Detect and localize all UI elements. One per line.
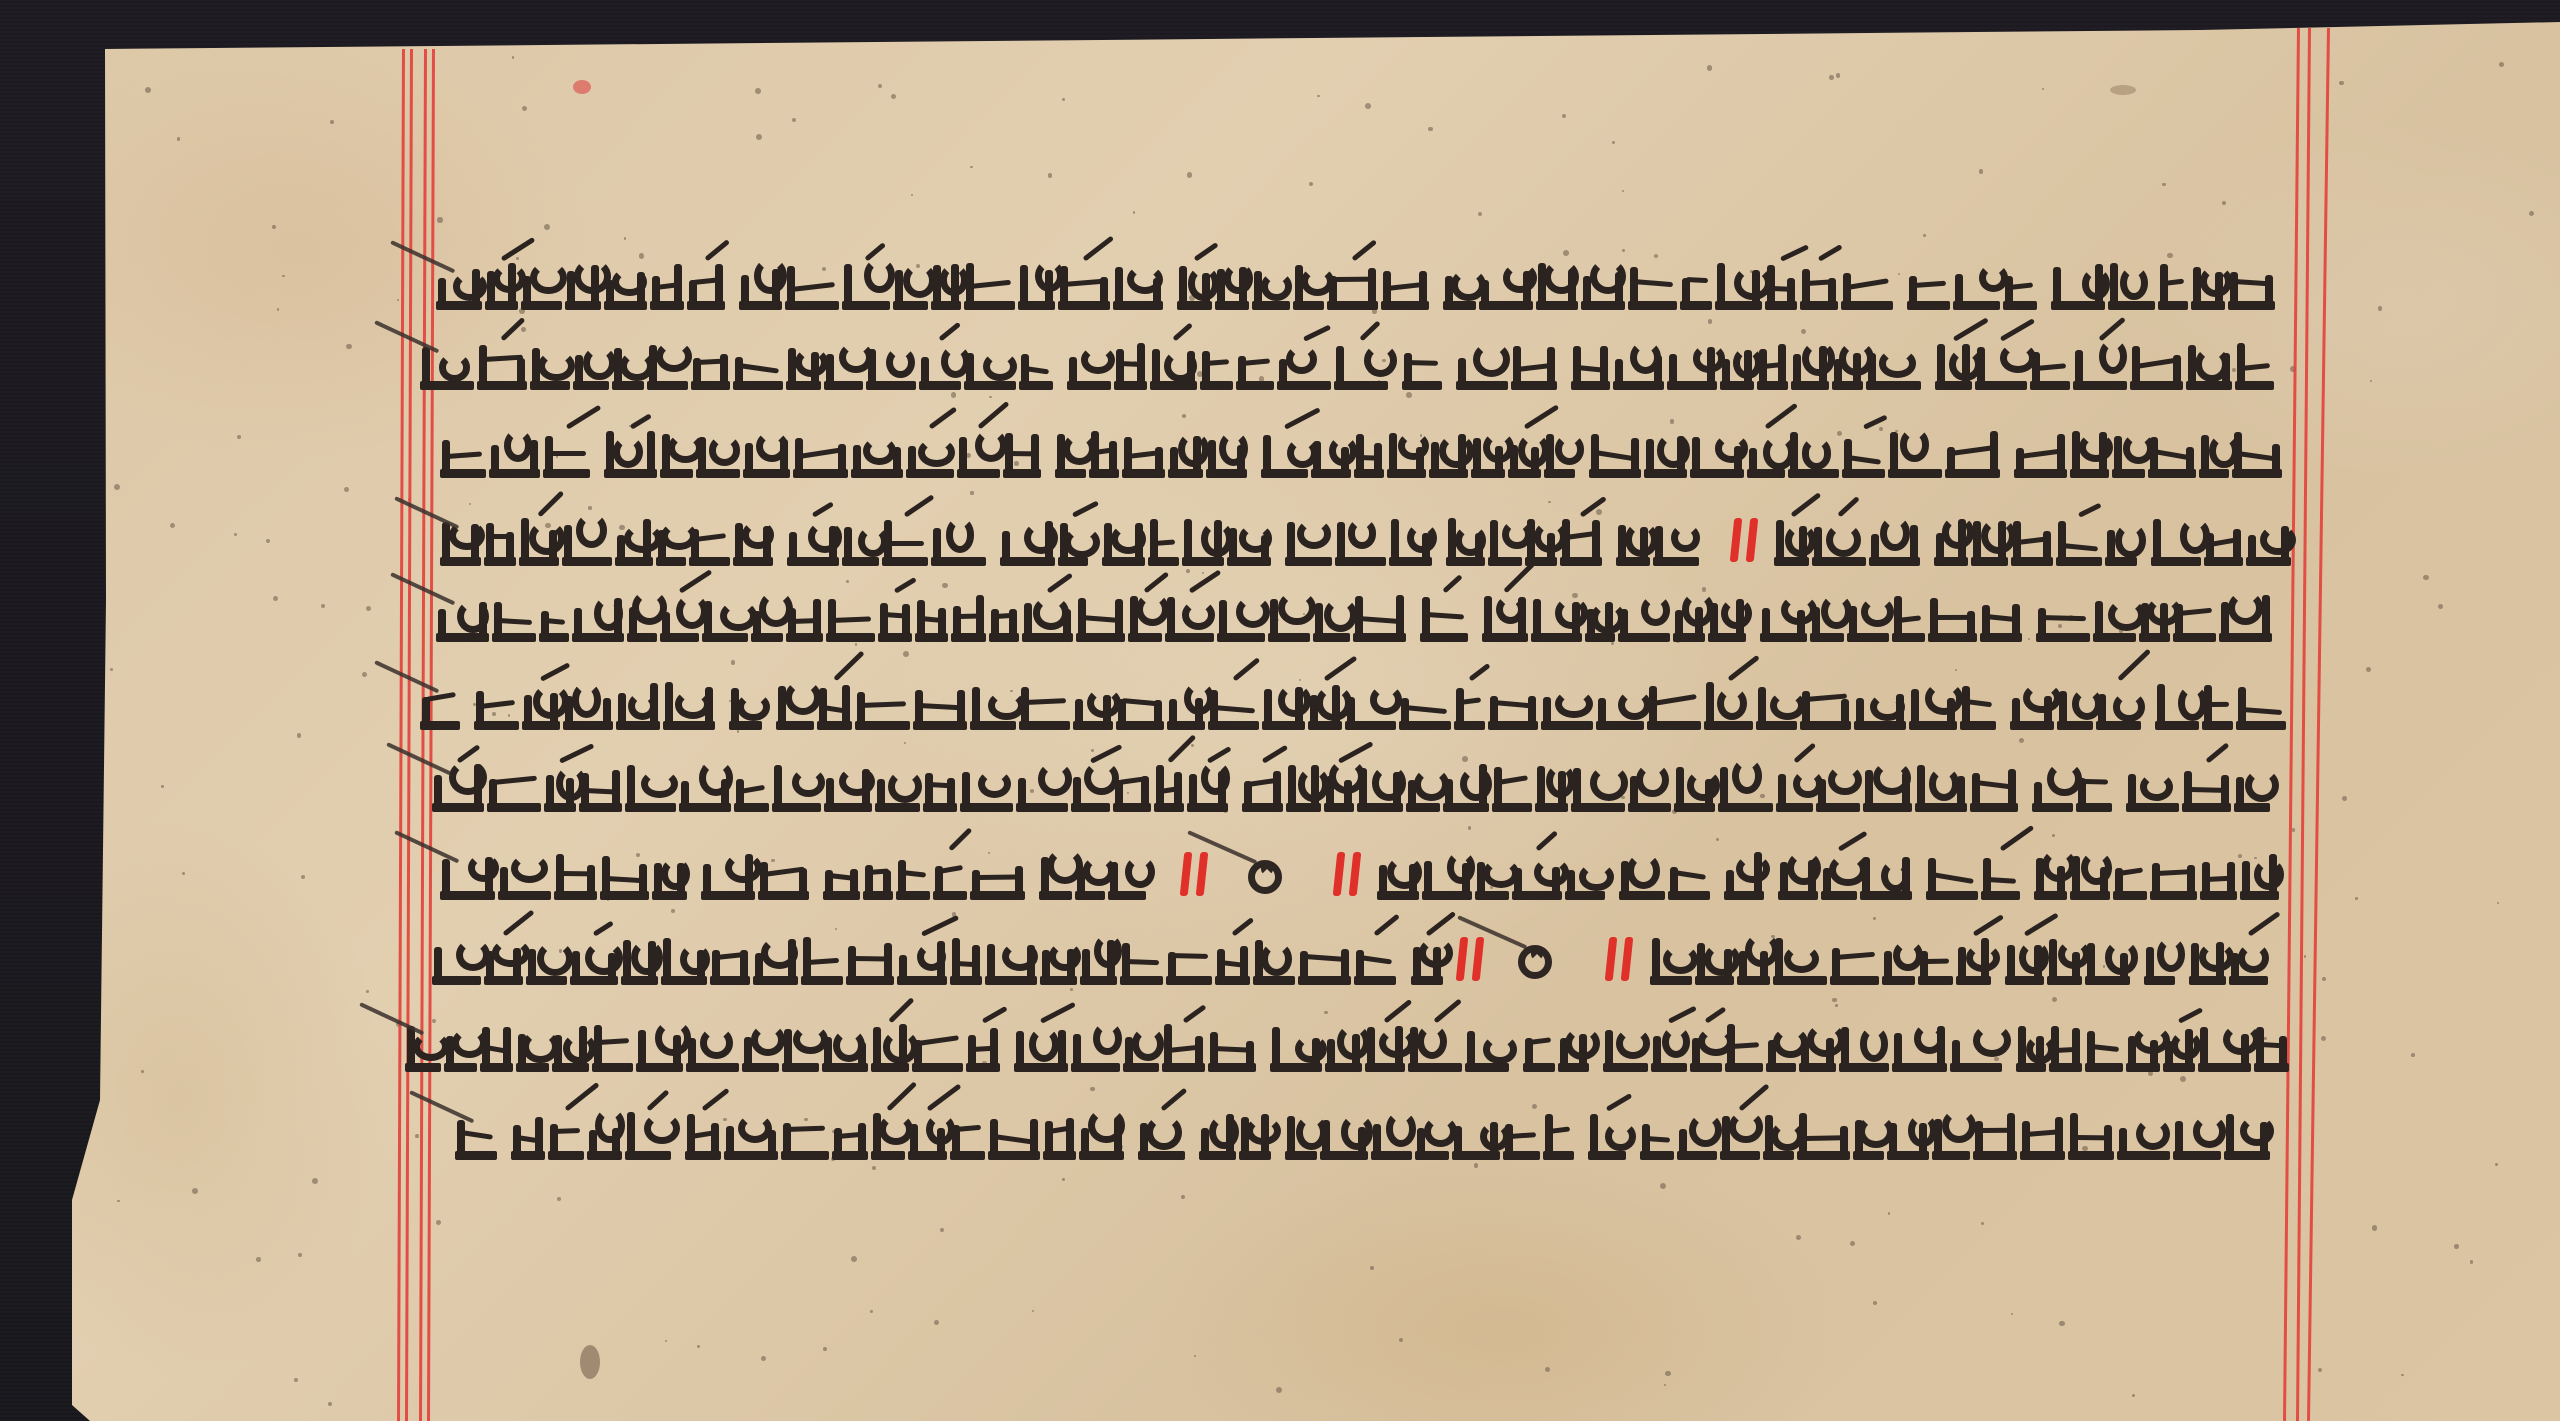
script-glyph (484, 933, 523, 985)
script-glyph (871, 1020, 909, 1072)
script-glyph (570, 933, 618, 985)
script-glyph (1187, 760, 1228, 812)
script-glyph (615, 514, 653, 566)
paper-speck (731, 660, 735, 664)
script-glyph (1720, 338, 1754, 390)
script-glyph (562, 514, 612, 566)
script-glyph (1429, 426, 1468, 478)
script-glyph (1177, 258, 1212, 310)
script-glyph (600, 848, 649, 900)
script-glyph (592, 1020, 633, 1072)
script-glyph (519, 514, 559, 566)
paper-speck (624, 237, 626, 239)
script-glyph (1653, 514, 1699, 566)
script-glyph (1387, 426, 1426, 478)
script-glyph (1536, 258, 1578, 310)
script-glyph (2057, 678, 2093, 730)
script-glyph (1165, 590, 1214, 642)
script-glyph (2011, 514, 2053, 566)
script-glyph (1628, 258, 1677, 310)
script-glyph (1619, 848, 1665, 900)
script-glyph (908, 1108, 947, 1160)
paper-speck (872, 1166, 876, 1170)
paper-speck (1187, 172, 1192, 177)
script-glyph (823, 848, 860, 900)
paper-speck (2401, 1374, 2403, 1376)
script-glyph (1018, 258, 1055, 310)
script-glyph (1690, 426, 1744, 478)
script-glyph (724, 1108, 778, 1160)
script-glyph (679, 760, 731, 812)
script-glyph (1853, 1108, 1884, 1160)
paper-speck (1548, 501, 1550, 503)
manuscript-line (0, 586, 2560, 642)
script-glyph (758, 848, 809, 900)
script-glyph (1003, 426, 1041, 478)
script-glyph (530, 338, 570, 390)
script-glyph (1334, 338, 1388, 390)
script-glyph (521, 258, 562, 310)
script-glyph (1408, 1020, 1462, 1072)
script-glyph (824, 760, 872, 812)
script-glyph (1262, 678, 1305, 730)
script-glyph (2202, 678, 2233, 730)
paper-speck (2529, 211, 2534, 216)
script-glyph (612, 338, 644, 390)
script-glyph (573, 338, 609, 390)
script-glyph (2068, 1108, 2114, 1160)
script-glyph (1166, 933, 1212, 985)
script-glyph (751, 590, 783, 642)
script-glyph (444, 1020, 477, 1072)
script-glyph (1720, 1108, 1760, 1160)
script-glyph (625, 1108, 671, 1160)
paper-speck (177, 137, 180, 140)
script-glyph (1446, 514, 1485, 566)
script-glyph (526, 933, 567, 985)
script-glyph (2003, 258, 2037, 310)
script-glyph (1089, 426, 1119, 478)
script-glyph (2112, 426, 2145, 478)
script-glyph (2236, 678, 2286, 730)
script-glyph (492, 590, 536, 642)
script-glyph (863, 848, 893, 900)
script-glyph (1674, 760, 1715, 812)
script-glyph (1673, 590, 1705, 642)
script-glyph (787, 514, 839, 566)
manuscript-line (0, 422, 2560, 478)
script-glyph (656, 514, 686, 566)
script-glyph (1757, 338, 1788, 390)
script-glyph (1616, 514, 1650, 566)
script-glyph (1252, 258, 1290, 310)
script-glyph (2070, 426, 2109, 478)
script-glyph (950, 1108, 985, 1160)
paper-speck (1468, 826, 1471, 829)
paper-speck (2366, 667, 2371, 672)
script-glyph (842, 258, 890, 310)
script-glyph (743, 426, 790, 478)
script-glyph (1909, 678, 1957, 730)
script-glyph (1640, 1108, 1674, 1160)
script-glyph (1503, 1108, 1540, 1160)
script-glyph (686, 1020, 739, 1072)
script-glyph (1286, 760, 1321, 812)
script-glyph (516, 1020, 549, 1072)
paper-speck (870, 1310, 873, 1313)
script-glyph (913, 678, 967, 730)
script-glyph (1543, 1108, 1574, 1160)
paper-speck (970, 166, 972, 168)
script-glyph (1075, 848, 1105, 900)
paper-speck (366, 990, 369, 993)
script-glyph (822, 1020, 868, 1072)
paper-speck (1370, 1266, 1374, 1270)
script-glyph (660, 426, 693, 478)
script-glyph (1200, 338, 1233, 390)
script-glyph (636, 1020, 683, 1072)
paper-speck (1955, 669, 1957, 671)
script-glyph (1239, 1108, 1271, 1160)
paper-speck (1622, 190, 1624, 192)
paper-speck (851, 1256, 857, 1262)
paper-speck (110, 668, 113, 671)
script-glyph (1651, 1020, 1687, 1072)
script-glyph (1650, 933, 1692, 985)
script-glyph (1058, 514, 1088, 566)
script-glyph (1773, 933, 1827, 985)
paper-speck (298, 1253, 301, 1256)
paper-speck (2052, 997, 2057, 1002)
script-glyph (896, 848, 930, 900)
paper-speck (192, 1188, 198, 1194)
script-glyph (2030, 338, 2070, 390)
script-glyph (1644, 426, 1687, 478)
script-glyph (1253, 933, 1295, 985)
script-glyph (1799, 1020, 1836, 1072)
paper-speck (755, 88, 761, 94)
script-glyph (2199, 426, 2229, 478)
script-glyph (544, 760, 576, 812)
paper-speck (1202, 572, 1204, 574)
script-glyph (866, 338, 916, 390)
script-glyph (1508, 426, 1541, 478)
script-glyph (710, 933, 750, 985)
script-glyph (2191, 258, 2225, 310)
paper-speck (1796, 1235, 1802, 1241)
script-glyph (1492, 760, 1532, 812)
paper-speck (1660, 1183, 1666, 1189)
script-glyph (1114, 338, 1147, 390)
script-glyph (970, 848, 1025, 900)
script-glyph (729, 678, 762, 730)
script-glyph (1842, 426, 1885, 478)
script-glyph (960, 760, 1013, 812)
paper-speck (1707, 65, 1712, 70)
script-glyph (950, 933, 982, 985)
paper-speck (934, 1320, 939, 1325)
script-glyph (2232, 426, 2282, 478)
script-glyph (1123, 1020, 1159, 1072)
paper-stain (2110, 85, 2136, 95)
circle-symbol (1248, 860, 1282, 894)
script-glyph (1581, 258, 1625, 310)
script-glyph (1261, 426, 1308, 478)
manuscript-line (0, 254, 2560, 310)
paper-speck (1612, 141, 1615, 144)
paper-speck (1923, 234, 1926, 237)
manuscript-line (0, 334, 2560, 390)
script-glyph (2108, 258, 2155, 310)
script-glyph (912, 1020, 963, 1072)
script-glyph (1148, 514, 1179, 566)
script-glyph (1788, 426, 1839, 478)
script-glyph (1168, 426, 1203, 478)
script-glyph (2126, 760, 2179, 812)
script-glyph (2240, 848, 2279, 900)
paper-speck (989, 396, 992, 399)
script-glyph (552, 1020, 589, 1072)
script-glyph (1406, 760, 1440, 812)
paper-speck (970, 491, 973, 494)
paper-speck (1428, 127, 1432, 131)
script-glyph (1016, 760, 1068, 812)
paper-speck (1181, 1195, 1185, 1199)
paper-speck (2339, 81, 2343, 85)
manuscript-line (0, 674, 2560, 730)
script-glyph (1613, 338, 1664, 390)
script-glyph (1558, 1020, 1589, 1072)
script-glyph (1236, 338, 1274, 390)
script-glyph (2198, 1020, 2251, 1072)
paper-speck (911, 194, 913, 196)
script-glyph (1704, 678, 1753, 730)
paper-speck (1708, 319, 1713, 324)
script-glyph (1628, 760, 1671, 812)
paper-speck (2132, 1394, 2135, 1397)
script-glyph (951, 590, 986, 642)
script-glyph (1327, 258, 1378, 310)
script-glyph (2049, 1020, 2082, 1072)
script-glyph (824, 338, 863, 390)
script-glyph (2155, 678, 2199, 730)
script-glyph (477, 338, 527, 390)
script-glyph (543, 426, 590, 478)
script-glyph (1113, 258, 1163, 310)
script-glyph (1589, 426, 1641, 478)
script-glyph (1830, 933, 1879, 985)
script-glyph (1206, 426, 1247, 478)
script-glyph (1475, 848, 1509, 900)
script-glyph (2229, 933, 2268, 985)
script-glyph (2163, 1020, 2195, 1072)
script-glyph (988, 1108, 1040, 1160)
paper-speck (878, 84, 882, 88)
script-glyph (1182, 514, 1224, 566)
paper-speck (737, 730, 739, 732)
script-glyph (1588, 1108, 1626, 1160)
paper-speck (1873, 917, 1876, 920)
script-glyph (1565, 848, 1605, 900)
script-glyph (1960, 678, 1996, 730)
script-glyph (1863, 760, 1912, 812)
paper-speck (2454, 1244, 2459, 1249)
script-glyph (1227, 514, 1271, 566)
script-glyph (1452, 1108, 1500, 1160)
paper-speck (2292, 828, 2296, 832)
script-glyph (1618, 590, 1670, 642)
script-glyph (2034, 848, 2067, 900)
script-glyph (1354, 933, 1396, 985)
paper-speck (522, 106, 527, 111)
script-glyph (2016, 1020, 2046, 1072)
script-glyph (1839, 1020, 1889, 1072)
paper-speck (792, 118, 796, 122)
script-glyph (1511, 338, 1557, 390)
script-glyph (1695, 933, 1734, 985)
paper-speck (1888, 1212, 1891, 1215)
script-glyph (832, 1108, 868, 1160)
script-glyph (1918, 933, 1953, 985)
script-glyph (548, 1108, 584, 1160)
paper-speck (312, 1178, 318, 1184)
paper-speck (940, 1228, 944, 1232)
script-glyph (1892, 590, 1925, 642)
script-glyph (2096, 678, 2141, 730)
script-glyph (2234, 760, 2270, 812)
paper-speck (2019, 738, 2024, 743)
script-glyph (1381, 258, 1429, 310)
paper-speck (1478, 212, 1482, 216)
script-glyph (1482, 590, 1528, 642)
script-glyph (801, 933, 843, 985)
script-glyph (539, 590, 569, 642)
script-glyph (661, 933, 707, 985)
paper-speck (2052, 834, 2055, 837)
script-glyph (1308, 678, 1342, 730)
script-glyph (1975, 338, 2027, 390)
script-glyph (1907, 258, 1950, 310)
script-glyph (1402, 338, 1442, 390)
script-glyph (1039, 848, 1072, 900)
script-glyph (2010, 678, 2054, 730)
script-glyph (1080, 933, 1117, 985)
script-glyph (1128, 590, 1162, 642)
script-glyph (1718, 760, 1773, 812)
script-glyph (2139, 590, 2170, 642)
script-glyph (855, 678, 910, 730)
script-glyph (2005, 933, 2044, 985)
script-glyph (1120, 933, 1163, 985)
script-glyph (882, 514, 928, 566)
paper-speck (1873, 1301, 1878, 1306)
paper-speck (1062, 1178, 1064, 1180)
paper-speck (1716, 838, 1719, 841)
script-glyph (2173, 1108, 2221, 1160)
script-glyph (485, 258, 518, 310)
script-glyph (1956, 933, 1991, 985)
script-glyph (1760, 590, 1807, 642)
script-glyph (685, 1108, 721, 1160)
script-glyph (733, 514, 773, 566)
script-glyph (1866, 338, 1921, 390)
paper-speck (761, 1356, 766, 1361)
paper-speck (1979, 169, 1984, 174)
script-glyph (1541, 678, 1593, 730)
script-glyph (817, 678, 852, 730)
script-glyph (1293, 258, 1324, 310)
script-glyph (1268, 590, 1310, 642)
script-glyph (660, 590, 699, 642)
script-glyph (786, 590, 823, 642)
script-glyph (498, 848, 551, 900)
script-glyph (846, 933, 894, 985)
script-glyph (702, 590, 748, 642)
script-glyph (2036, 590, 2090, 642)
script-glyph (1926, 848, 1978, 900)
script-glyph (1953, 258, 2000, 310)
paper-speck (1191, 744, 1194, 747)
paper-speck (145, 87, 151, 93)
script-glyph (1797, 1108, 1850, 1160)
paper-speck (512, 56, 515, 59)
script-glyph (1277, 338, 1331, 390)
script-glyph (652, 848, 687, 900)
paper-speck (1981, 1222, 1984, 1225)
script-glyph (1677, 1108, 1717, 1160)
script-glyph (2189, 933, 2226, 985)
script-glyph (563, 678, 613, 730)
script-glyph (1667, 338, 1717, 390)
script-glyph (604, 258, 647, 310)
script-glyph (931, 514, 986, 566)
paper-speck (1062, 98, 1065, 101)
paper-speck (2497, 902, 2499, 904)
script-glyph (480, 1020, 513, 1072)
paper-speck (846, 580, 849, 583)
script-glyph (1812, 514, 1866, 566)
script-glyph (1847, 590, 1889, 642)
script-glyph (1454, 678, 1485, 730)
script-glyph (1668, 848, 1710, 900)
script-glyph (579, 760, 622, 812)
script-glyph (1365, 1020, 1405, 1072)
paper-speck (1372, 309, 1377, 314)
script-glyph (1019, 338, 1053, 390)
script-glyph (1420, 590, 1468, 642)
script-glyph (1215, 258, 1249, 310)
script-glyph (1162, 1020, 1205, 1072)
script-glyph (1055, 426, 1086, 478)
script-glyph (1215, 933, 1250, 985)
script-glyph (933, 848, 967, 900)
script-glyph (1019, 678, 1070, 730)
paper-speck (2059, 1321, 2065, 1327)
script-glyph (1040, 933, 1077, 985)
script-glyph (2085, 933, 2130, 985)
paper-speck (297, 733, 302, 738)
script-glyph (1800, 678, 1851, 730)
script-glyph (2144, 933, 2175, 985)
script-glyph (1371, 1108, 1412, 1160)
script-glyph (1411, 933, 1443, 985)
script-glyph (781, 1108, 829, 1160)
script-glyph (1973, 1108, 2017, 1160)
paper-speck (114, 484, 120, 490)
script-glyph (1199, 1108, 1236, 1160)
paper-speck (330, 120, 334, 124)
script-glyph (484, 514, 516, 566)
